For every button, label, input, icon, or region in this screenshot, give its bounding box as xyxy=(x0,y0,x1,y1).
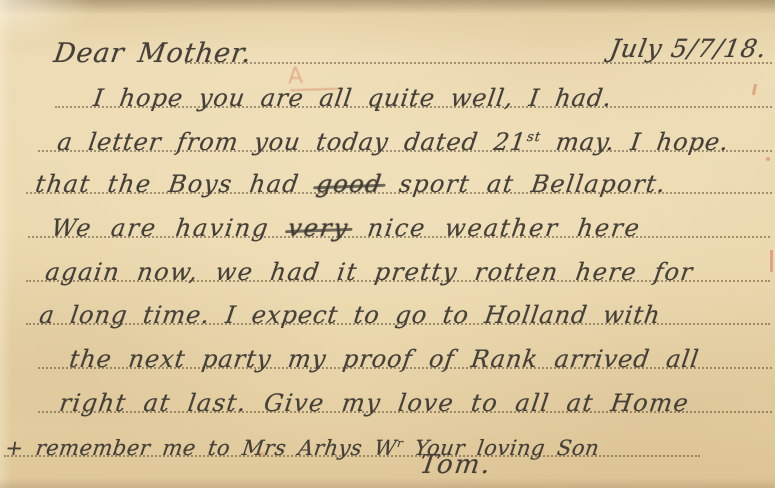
letter-line: We are having very nice weather here xyxy=(50,216,643,240)
line-text: the next party my proof of Rank arrived … xyxy=(68,345,701,373)
line-text: a long time. I expect to go to Holland w… xyxy=(38,301,663,329)
letter-line: a letter from you today dated 21st may. … xyxy=(56,130,731,154)
line-text: right at last. Give my love to all at Ho… xyxy=(58,389,692,417)
paper-edge-bottom xyxy=(0,478,775,488)
letter-line: a long time. I expect to go to Holland w… xyxy=(38,303,662,327)
letter-line: again now, we had it pretty rotten here … xyxy=(44,260,695,284)
salutation: Dear Mother. xyxy=(52,40,254,67)
letter-line: + remember me to Mrs Arhys Wr Your lovin… xyxy=(4,438,601,459)
struck-word: good xyxy=(315,170,385,198)
red-mark xyxy=(766,157,770,161)
letter-line: that the Boys had good sport at Bellapor… xyxy=(34,172,668,196)
letter-line: I hope you are all quite well, I had. xyxy=(92,86,614,110)
line-text: may. I hope. xyxy=(539,128,731,156)
letter-line: right at last. Give my love to all at Ho… xyxy=(58,391,691,415)
line-text: We are having xyxy=(50,214,291,242)
line-text: nice weather here xyxy=(347,214,643,242)
line-text: that the Boys had xyxy=(34,170,319,198)
line-text: a letter from you today dated 21 xyxy=(56,128,529,156)
paper-edge-left xyxy=(0,0,12,488)
struck-word: very xyxy=(286,214,351,242)
line-text: again now, we had it pretty rotten here … xyxy=(44,258,696,286)
letter-date: July 5/7/18. xyxy=(608,36,769,61)
red-mark xyxy=(770,250,773,272)
line-text: sport at Bellaport. xyxy=(380,170,668,198)
letter-card: A Dear Mother. July 5/7/18. I hope you a… xyxy=(0,0,775,488)
letter-line: the next party my proof of Rank arrived … xyxy=(68,347,701,371)
line-text: + remember me to Mrs Arhys W xyxy=(4,436,398,460)
line-text: I hope you are all quite well, I had. xyxy=(92,84,614,112)
signature: Tom. xyxy=(418,452,494,478)
red-mark xyxy=(752,84,757,95)
